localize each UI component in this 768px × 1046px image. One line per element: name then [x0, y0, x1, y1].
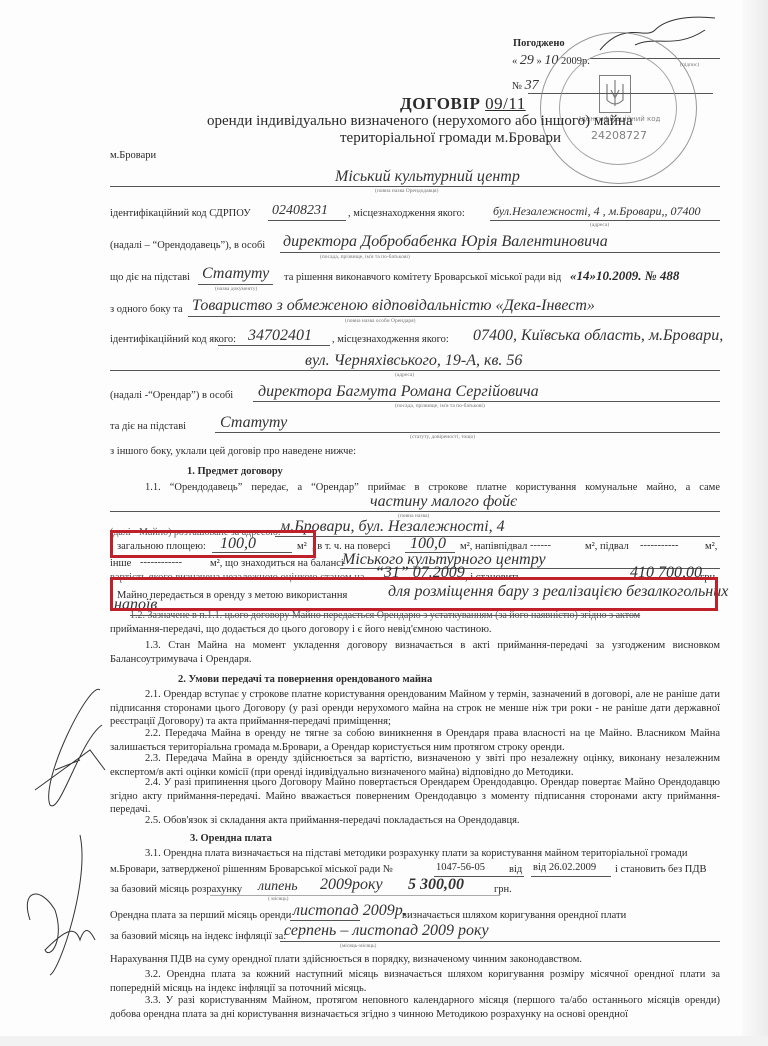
tenant-address-line1: 07400, Київська область, м.Бровари,: [473, 327, 723, 345]
tenant-representative-line: [253, 401, 720, 402]
document-title: ДОГОВІР 09/11: [400, 94, 526, 114]
landlord-address-caption: (адреса): [590, 222, 609, 228]
signature-icon: [20, 830, 100, 980]
base-currency: грн.: [494, 884, 512, 895]
semi-basement-value: ------: [530, 540, 551, 551]
landlord-code-label: ідентифікаційний код СДРПОУ: [110, 208, 251, 219]
landlord-basis: Статуту: [202, 265, 269, 283]
landlord-role-label: (надалі – “Орендодавець”), в особі: [110, 240, 265, 251]
first-month-tail: визначається шляхом коригування орендної…: [402, 910, 626, 921]
tenant-basis-label: та діє на підставі: [110, 421, 186, 432]
subtitle-line1: оренди індивідуально визначеного (нерухо…: [207, 113, 633, 130]
tenant-name: Товариство з обмеженою відповідальністю …: [192, 297, 595, 315]
approval-number: № 37: [512, 78, 539, 94]
landlord-location-label: , місцезнаходження якого:: [348, 208, 465, 219]
other-value: ------------: [140, 557, 182, 568]
base-month-line: [210, 895, 500, 896]
clause-3-1-line1: 3.1. Орендна плата визначається на підст…: [145, 848, 687, 859]
tenant-basis-caption: (статуту, довіреності, тощо): [410, 434, 475, 440]
inflation-label: за базовий місяць на індекс інфляції за:: [110, 931, 286, 942]
inflation-period: серпень – листопад 2009 року: [284, 922, 489, 940]
signature-icon: [30, 680, 110, 820]
landlord-name-caption: (повна назва Орендодавця): [375, 188, 438, 194]
tenant-basis: Статуту: [220, 414, 287, 432]
landlord-address: бул.Незалежності, 4 , м.Бровари,, 07400: [493, 204, 701, 219]
clause-1-3: 1.3. Стан Майна на момент укладення дого…: [110, 639, 720, 666]
tenant-code-line: [218, 345, 330, 346]
inflation-line: [280, 941, 720, 942]
stamp-code-value: 24208727: [591, 129, 647, 142]
tenant-address-line2: вул. Черняхівського, 19-А, кв. 56: [305, 352, 522, 370]
first-month: листопад 2009р.: [293, 902, 407, 920]
vat-note: Нарахування ПДВ на суму орендної плати з…: [110, 954, 582, 965]
from-label: від: [509, 864, 522, 875]
basement-label: м², підвал: [585, 541, 629, 552]
decision-number: 1047-56-05: [436, 862, 485, 873]
without-vat: і становить без ПДВ: [615, 864, 707, 875]
clause-2-3: 2.3. Передача Майна в оренду здійснюєтьс…: [110, 752, 720, 779]
city: м.Бровари: [110, 150, 156, 161]
property-name: частину малого фойє: [370, 493, 517, 511]
number-value: 37: [525, 78, 539, 93]
clause-2-4: 2.4. У разі припинення цього Договору Ма…: [110, 776, 720, 817]
landlord-name: Міський культурний центр: [335, 168, 520, 186]
basis-caption: (назва документу): [215, 286, 257, 292]
inflation-caption: (місяць-місяць): [340, 943, 376, 949]
tenant-name-caption: (повна назва особи Орендаря): [345, 318, 415, 324]
official-stamp: Ідентифікаційний код 24208727: [540, 32, 697, 184]
base-year: 2009року: [320, 876, 383, 894]
decision-label: та рішення виконавчого комітету Броварсь…: [284, 272, 561, 283]
landlord-name-line: [110, 186, 720, 187]
contract-page: Погоджено « 29 » 10 2009р. (підпис) № 37…: [0, 0, 768, 1046]
tenant-code-label: ідентифікаційний код якого:: [110, 334, 236, 345]
basement-unit: м²,: [705, 541, 717, 552]
landlord-code: 02408231: [272, 203, 328, 219]
tenant-location-label: , місцезнаходження якого:: [332, 334, 449, 345]
code-line: [268, 220, 346, 221]
tenant-side-label: з одного боку та: [110, 304, 183, 315]
base-amount: 5 300,00: [408, 876, 464, 894]
basement-value: -----------: [640, 540, 678, 551]
address-line: [490, 220, 720, 221]
decision-date-line: [531, 876, 611, 877]
clause-1-2-line1: 1.2. Зазначене в п.1.1. цього договору М…: [130, 610, 640, 621]
basis-line: [198, 284, 273, 285]
property-address-line: [275, 536, 720, 537]
first-month-label: Орендна плата за перший місяць оренди: [110, 910, 291, 921]
first-month-line: [290, 920, 360, 921]
clause-2-1: 2.1. Орендар вступає у строкове платне к…: [110, 688, 720, 729]
base-month-caption: ( місяць): [268, 896, 288, 902]
representative-caption: (посада, прізвище, ім'я та по-батькові): [320, 254, 410, 260]
tenant-role-label: (надалі -“Орендар”) в особі: [110, 390, 233, 401]
clause-3-2: 3.2. Орендна плата за кожний наступний м…: [110, 968, 720, 995]
tenant-basis-line: [215, 432, 720, 433]
title-text: ДОГОВІР: [400, 94, 480, 113]
tenant-name-line: [188, 316, 720, 317]
tenant-address-caption: (адреса): [395, 372, 414, 378]
base-month: липень: [258, 879, 298, 895]
contract-number: 09/11: [485, 94, 526, 113]
quote-open: «: [512, 56, 517, 67]
closing-text: з іншого боку, уклали цей договір про на…: [110, 446, 356, 457]
scan-edge-shadow: [742, 0, 768, 1046]
clause-2-5: 2.5. Обов'язок зі складання акта прийман…: [110, 814, 720, 828]
tenant-representative: директора Багмута Романа Сергійовича: [258, 383, 539, 401]
approval-label: Погоджено: [513, 38, 565, 49]
subtitle-line2: територіальної громади м.Бровари: [340, 130, 561, 147]
section2-heading: 2. Умови передачі та повернення орендова…: [178, 674, 432, 685]
balance-label: м², що знаходиться на балансі: [210, 558, 344, 569]
purpose-highlight: [110, 577, 718, 611]
decision-date: від 26.02.2009: [533, 862, 596, 873]
landlord-basis-label: що діє на підставі: [110, 272, 190, 283]
property-line: [110, 511, 720, 512]
number-label: №: [512, 81, 522, 92]
approval-day: 29: [520, 53, 534, 68]
representative-line: [280, 252, 720, 253]
tenant-representative-caption: (посада, прізвище, ім'я та по-батькові): [395, 403, 485, 409]
clause-1-2-line2: приймання-передачі, що додається до цьог…: [110, 624, 492, 635]
other-label: інше: [110, 558, 131, 569]
tenant-address-line: [110, 370, 720, 371]
landlord-representative: директора Добробабенка Юрія Валентинович…: [283, 233, 608, 251]
clause-3-3: 3.3. У разі користуванням Майном, протяг…: [110, 994, 720, 1021]
quote-close: »: [537, 56, 542, 67]
base-month-label: за базовий місяць розрахунку: [110, 884, 242, 895]
scan-bottom-edge: [0, 1036, 768, 1046]
tenant-code: 34702401: [248, 327, 312, 345]
decision-value: «14»10.2009. № 488: [570, 268, 679, 284]
trident-coat-of-arms-icon: [599, 75, 631, 113]
section1-heading: 1. Предмет договору: [187, 466, 283, 477]
clause-3-1-line2-label: м.Бровари, затвердженої рішенням Броварс…: [110, 864, 393, 875]
clause-2-2: 2.2. Передача Майна в оренду не тягне за…: [110, 727, 720, 754]
area-highlight: [110, 530, 316, 558]
section3-heading: 3. Орендна плата: [190, 833, 272, 844]
